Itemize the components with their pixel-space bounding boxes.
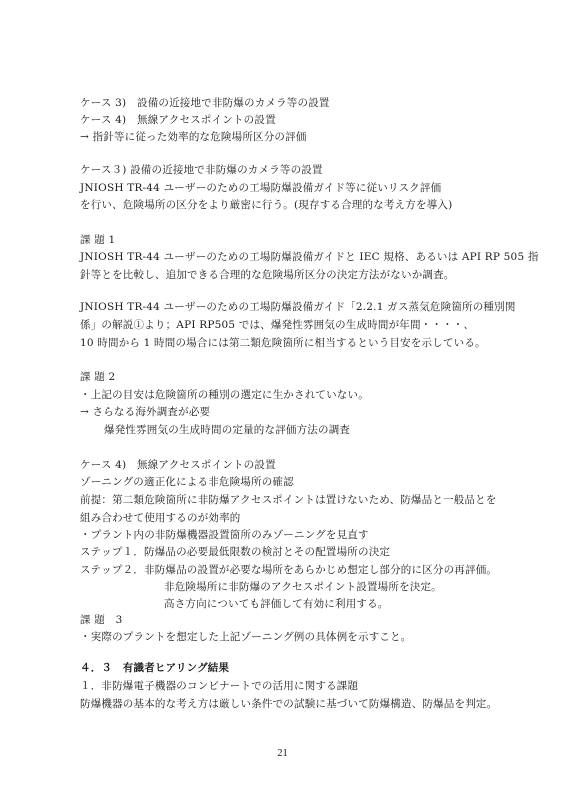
text-line: 10 時間から 1 時間の場合には第二類危険箇所に相当するという目安を示している… [80,336,486,350]
document-page: ケース 3) 設備の近接地で非防爆のカメラ等の設置ケース 4) 無線アクセスポイ… [0,0,565,800]
text-line: ・上記の目安は危険箇所の種別の選定に生かされていない。 [80,388,369,402]
text-line: 課 題 1 [80,233,115,247]
text-line: を行い、危険場所の区分をより厳密に行う。(現存する合理的な考え方を導入) [80,198,452,212]
text-line: ・実際のプラントを想定した上記ゾーニング例の具体例を示すこと。 [80,630,412,644]
text-line: 爆発性雰囲気の生成時間の定量的な評価方法の調査 [104,423,350,437]
text-line: 針等とを比較し、追加できる合理的な危険場所区分の決定方法がないか調査。 [80,268,455,282]
text-line: 課 題 3 [80,613,123,627]
text-line: JNIOSH TR-44 ユーザーのための工場防爆設備ガイドと IEC 規格、あ… [80,250,539,264]
text-line: ステップ２．非防爆品の設置が必要な場所をあらかじめ想定し部分的に区分の再評価。 [80,563,497,577]
text-line: 高さ方向についても評価して有効に利用する。 [164,597,389,611]
text-line: 防爆機器の基本的な考え方は厳しい条件での試験に基づいて防爆構造、防爆品を判定。 [80,697,497,711]
text-line: １．非防爆電子機器のコンビナートでの活用に関する課題 [80,679,358,693]
text-line: ステップ１．防爆品の必要最低限数の検討とその配置場所の決定 [80,545,390,559]
text-line: 非危険場所に非防爆のアクセスポイント設置場所を決定。 [164,580,442,594]
text-line: ・プラント内の非防爆機器設置箇所のみゾーニングを見直す [80,528,369,542]
text-line: ケース 4) 無線アクセスポイントの設置 [80,458,276,472]
text-line: 係」の解説①より；API RP505 では、爆発性雰囲気の生成時間が年間・・・・… [80,318,474,332]
text-line: 組み合わせて使用するのが効率的 [80,511,241,525]
text-line: ケース３) 設備の近接地で非防爆のカメラ等の設置 [80,163,323,177]
text-line: JNIOSH TR-44 ユーザーのための工場防爆設備ガイド「2.2.1 ガス蒸… [80,300,516,314]
text-line: ケース 4) 無線アクセスポイントの設置 [80,113,276,127]
text-line: ゾーニングの適正化による非危険場所の確認 [80,475,294,489]
text-line: JNIOSH TR-44 ユーザーのための工場防爆設備ガイド等に従いリスク評価 [80,181,441,195]
text-line: 前提：第二類危険箇所に非防爆アクセスポイントは置けないため、防爆品と一般品とを [80,493,497,507]
text-line: → 指針等に従った効率的な危険場所区分の評価 [80,130,307,144]
page-number: 21 [0,748,565,759]
text-line: → さらなる海外調査が必要 [80,405,210,419]
section-heading: ４．３ 有識者ヒアリング結果 [80,661,229,675]
text-line: 課 題 2 [80,370,115,384]
text-line: ケース 3) 設備の近接地で非防爆のカメラ等の設置 [80,96,330,110]
